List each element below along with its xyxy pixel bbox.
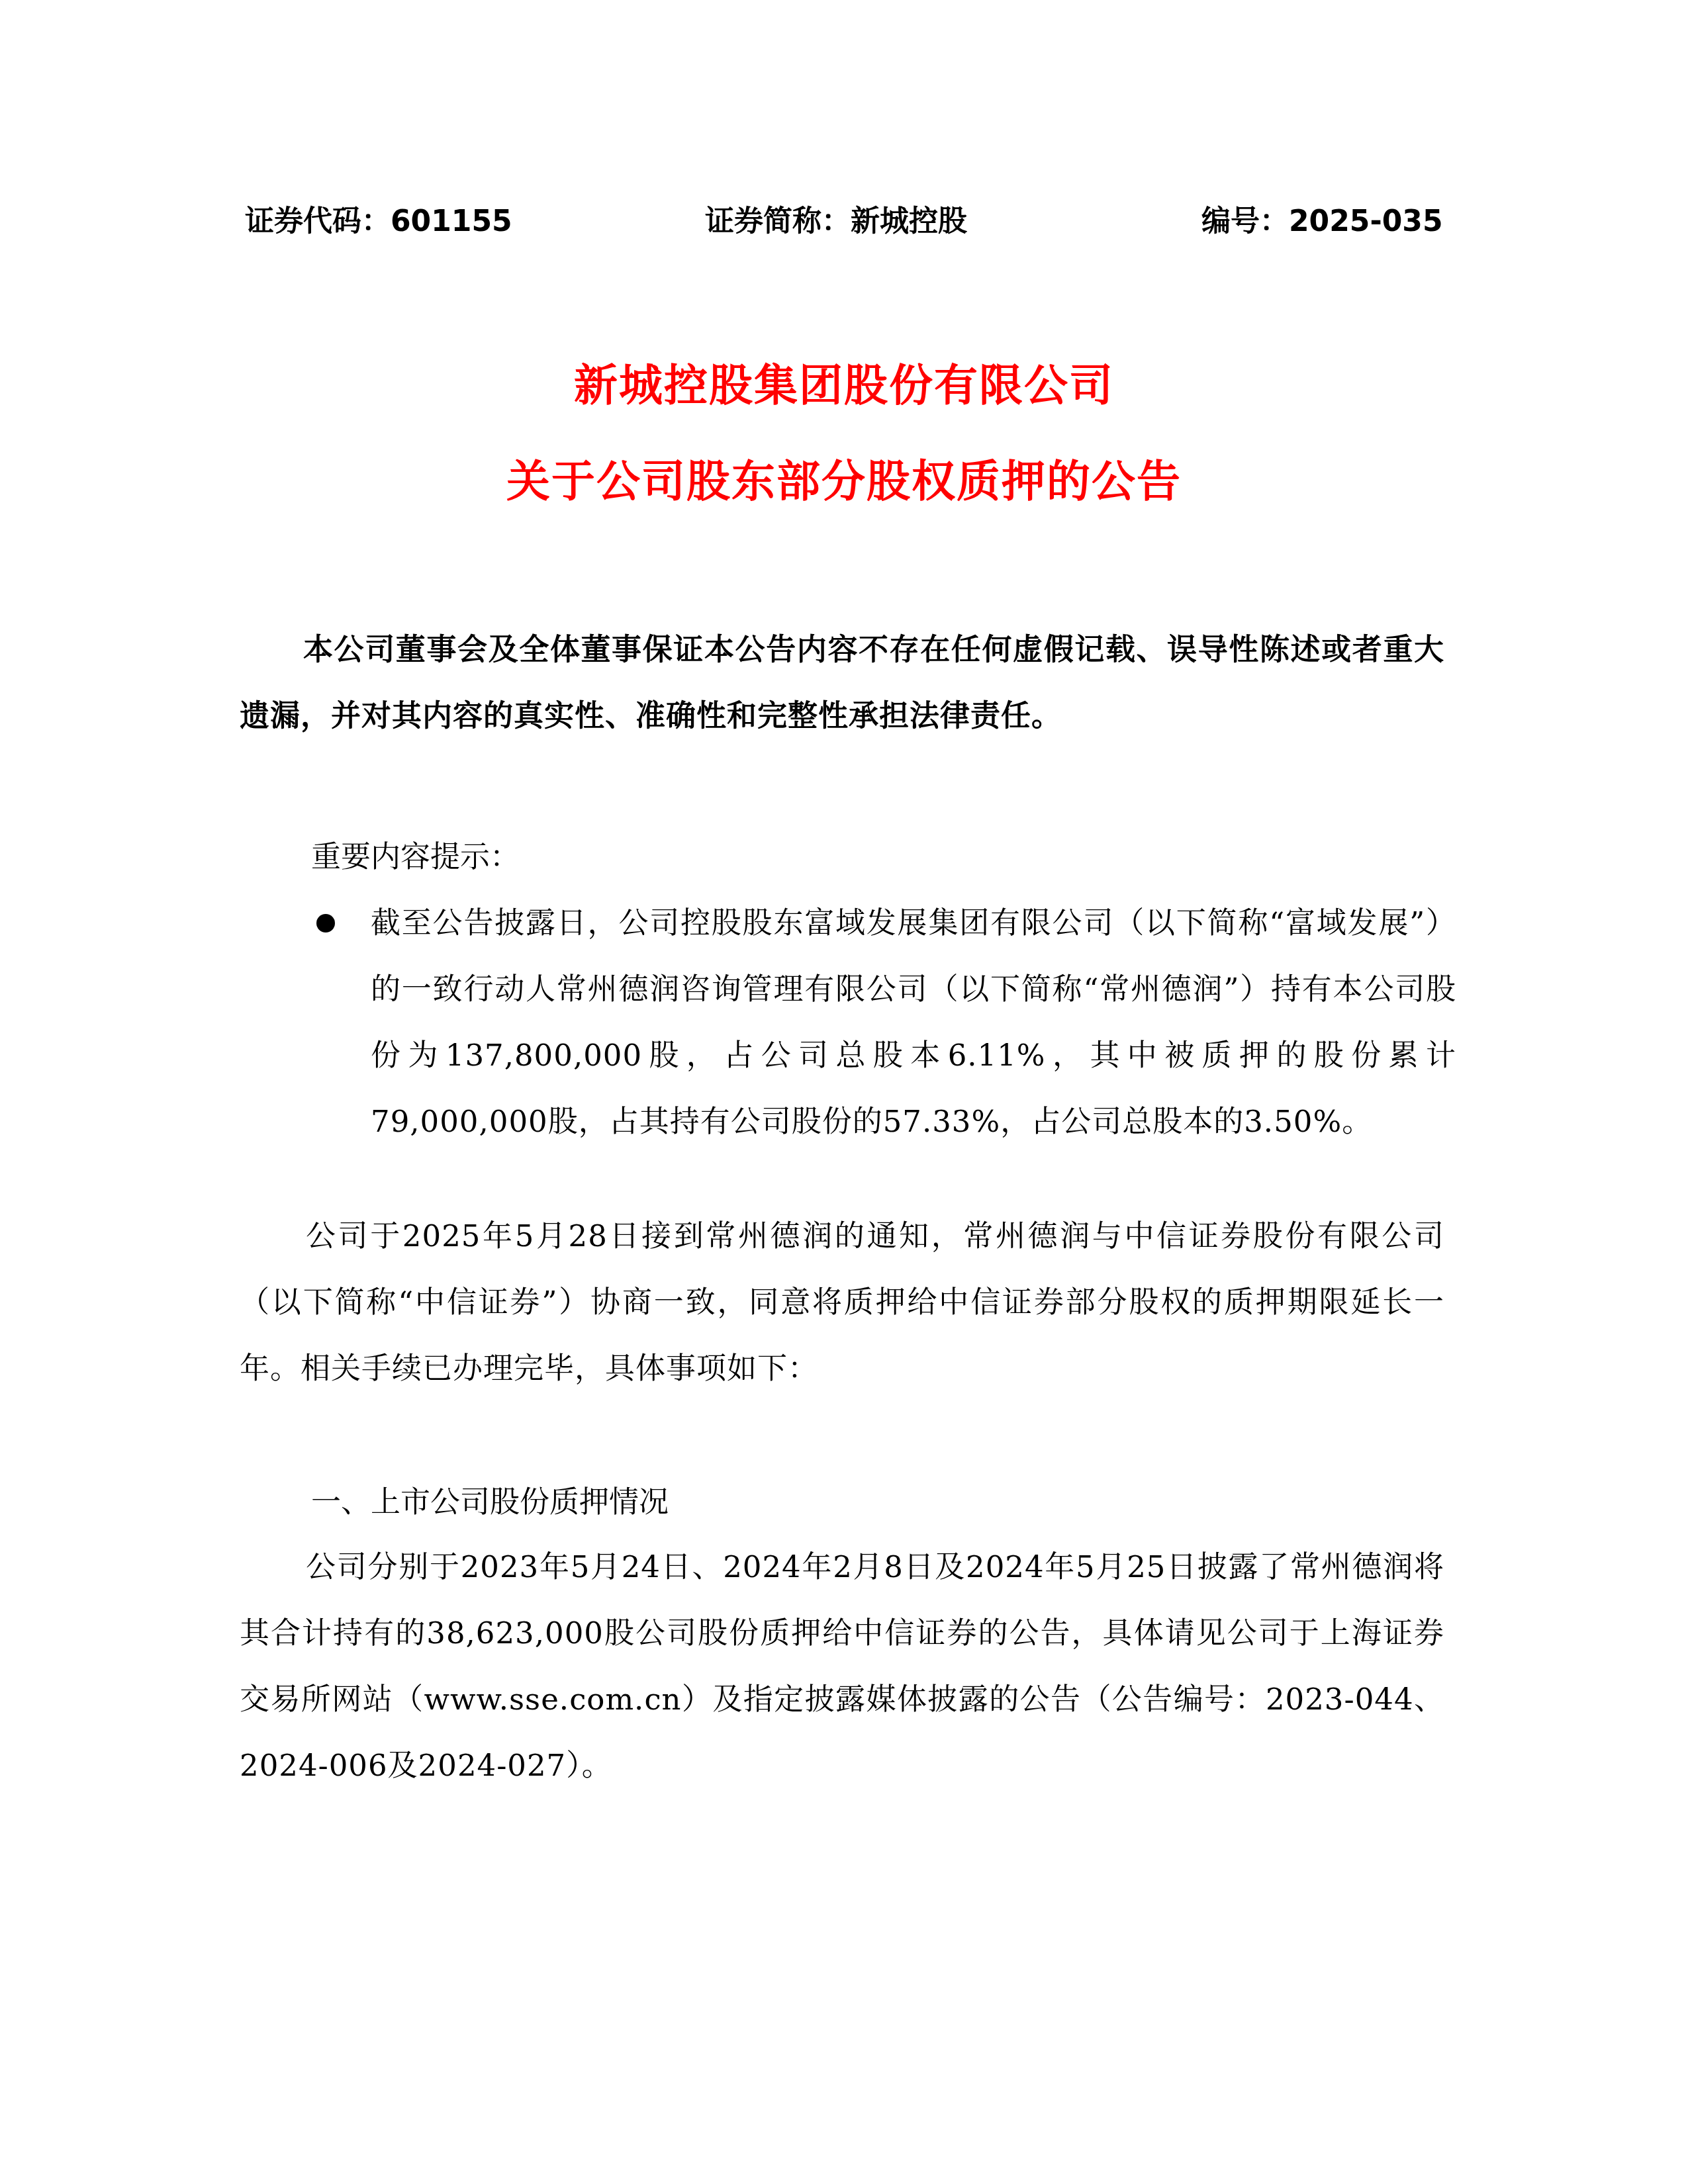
- highlights-heading: 重要内容提示：: [311, 824, 520, 890]
- document-page: 证券代码：601155 证券简称：新城控股 编号：2025-035 新城控股集团…: [0, 0, 1688, 2184]
- board-disclaimer: 本公司董事会及全体董事保证本公告内容不存在任何虚假记载、误导性陈述或者重大遗漏，…: [240, 617, 1444, 749]
- notice-paragraph: 公司于2025年5月28日接到常州德润的通知，常州德润与中信证券股份有限公司（以…: [240, 1203, 1444, 1402]
- pledge-history-paragraph: 公司分别于2023年5月24日、2024年2月8日及2024年5月25日披露了常…: [240, 1534, 1444, 1799]
- company-name-title: 新城控股集团股份有限公司: [0, 356, 1688, 416]
- highlight-item: 截至公告披露日，公司控股股东富域发展集团有限公司（以下简称“富域发展”）的一致行…: [371, 890, 1456, 1155]
- announcement-title: 关于公司股东部分股权质押的公告: [0, 452, 1688, 512]
- bullet-dot-icon: [316, 914, 335, 933]
- document-header: 证券代码：601155 证券简称：新城控股 编号：2025-035: [238, 199, 1436, 245]
- stock-code: 证券代码：601155: [245, 199, 512, 245]
- announcement-number: 编号：2025-035: [1201, 199, 1443, 245]
- section-one-heading: 一、上市公司股份质押情况: [311, 1469, 669, 1535]
- stock-short-name: 证券简称：新城控股: [705, 199, 967, 245]
